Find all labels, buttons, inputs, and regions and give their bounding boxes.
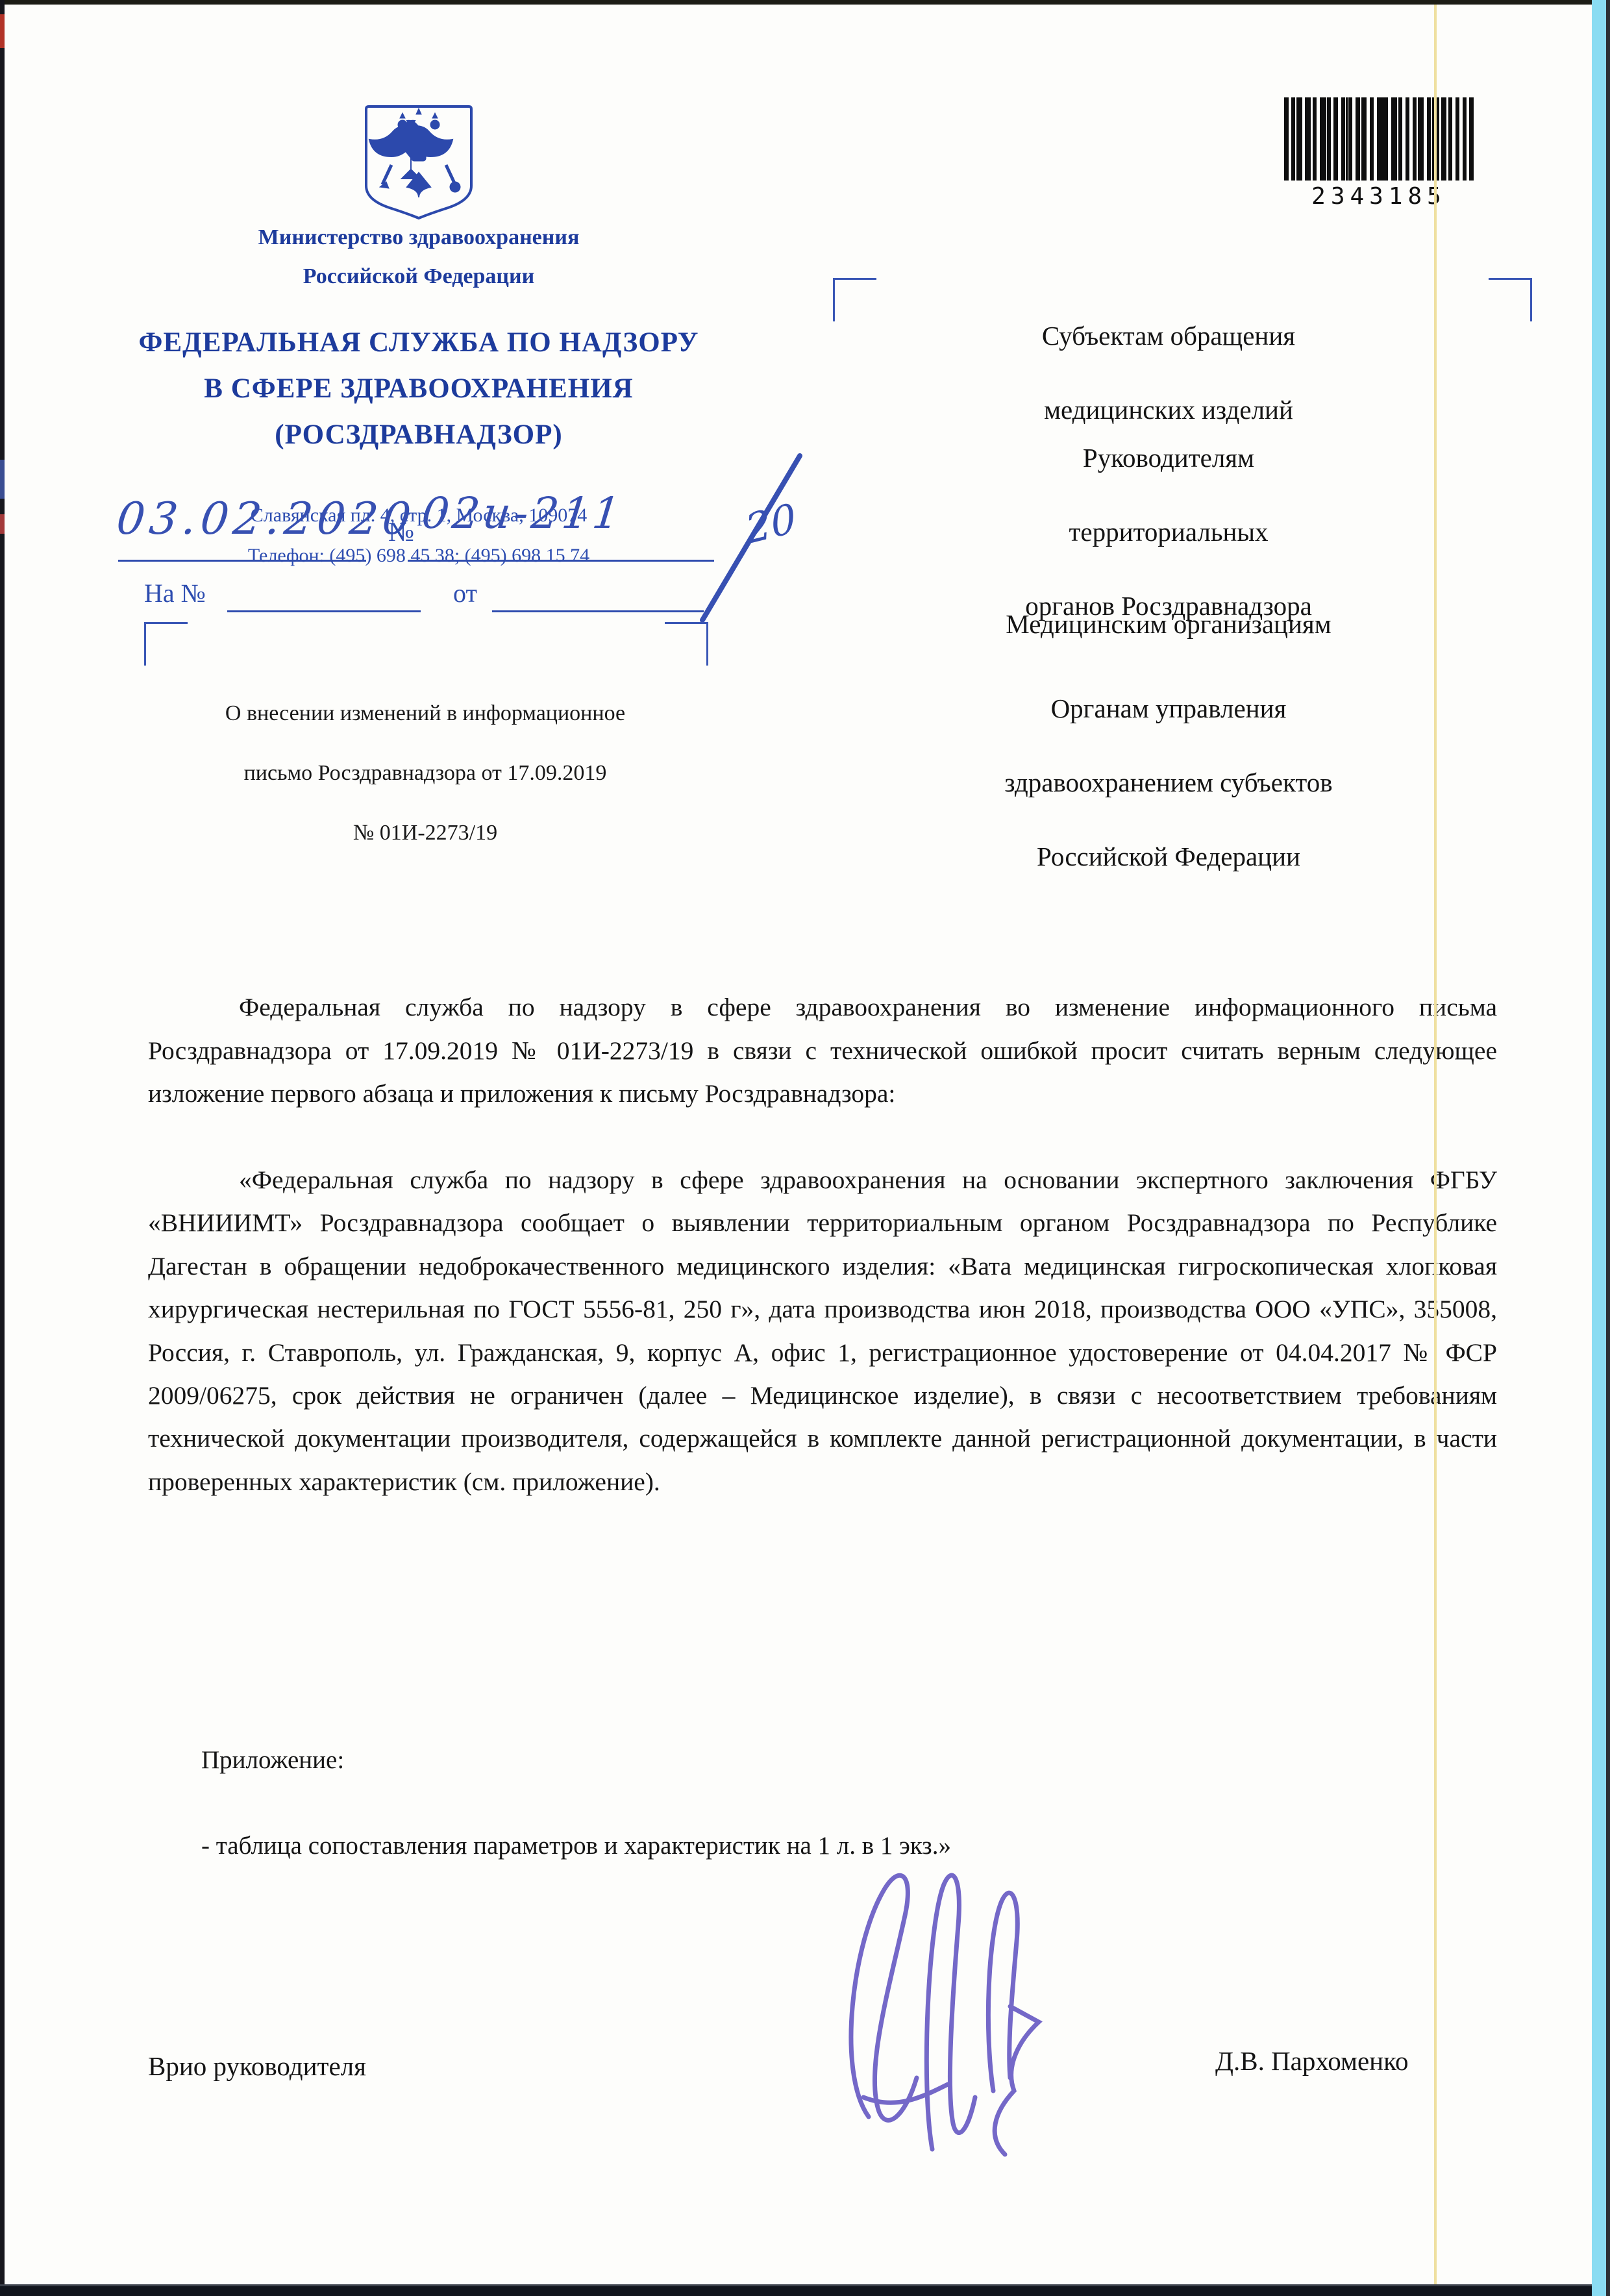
- scanned-letter-page: Министерство здравоохранения Российской …: [0, 0, 1610, 2296]
- subject-corner-mark-left: [144, 622, 188, 666]
- addressee-line: Руководителям: [844, 440, 1493, 477]
- signer-name: Д.В. Пархоменко: [1215, 2045, 1408, 2077]
- addressee-corner-mark-right: [1489, 278, 1532, 321]
- scan-edge-bottom: [0, 2284, 1610, 2296]
- subject-line3: № 01И-2273/19: [153, 818, 698, 848]
- attachment-label: Приложение:: [201, 1739, 1370, 1782]
- reply-number-blank-line: [227, 610, 421, 612]
- ministry-name-line1: Министерство здравоохранения: [97, 224, 740, 251]
- scan-edge-right: [1592, 0, 1606, 2296]
- addressee-line: Медицинским организациям: [844, 606, 1493, 643]
- barcode: [1284, 97, 1474, 181]
- addressee-line: здравоохранением субъектов: [844, 764, 1493, 801]
- subject-line1: О внесении изменений в информационное: [153, 699, 698, 729]
- body-paragraph-1: Федеральная служба по надзору в сфере зд…: [148, 986, 1497, 1115]
- addressee-line: Российской Федерации: [844, 838, 1493, 875]
- scan-fleck: [0, 514, 5, 534]
- scan-fleck: [0, 14, 5, 48]
- addressee-line: Органам управления: [844, 690, 1493, 727]
- body-paragraph-2: «Федеральная служба по надзору в сфере з…: [148, 1158, 1497, 1503]
- handwritten-signature: [824, 1812, 1058, 2182]
- date-underline: [118, 560, 366, 562]
- attachment-item: - таблица сопоставления параметров и хар…: [201, 1825, 1370, 1867]
- signer-position: Врио руководителя: [148, 2051, 366, 2082]
- addressee-health-authorities: Органам управления здравоохранением субъ…: [844, 653, 1493, 912]
- attachment-block: Приложение: - таблица сопоставления пара…: [201, 1696, 1370, 1910]
- service-name-line2: В СФЕРЕ ЗДРАВООХРАНЕНИЯ: [97, 371, 740, 406]
- service-name-line3: (РОСЗДРАВНАДЗОР): [97, 418, 740, 452]
- service-name-line1: ФЕДЕРАЛЬНАЯ СЛУЖБА ПО НАДЗОРУ: [97, 325, 740, 360]
- handwritten-outgoing-number: 02и-211: [419, 488, 626, 538]
- reply-to-number-label: На №: [144, 578, 206, 608]
- letter-body: Федеральная служба по надзору в сфере зд…: [148, 943, 1497, 1547]
- barcode-number: 2343185: [1284, 183, 1474, 210]
- number-sign-label: №: [388, 517, 414, 548]
- ministry-name-line2: Российской Федерации: [97, 263, 740, 290]
- number-underline: [408, 560, 714, 562]
- subject-corner-mark-right: [665, 622, 708, 666]
- handwritten-date: 03.02.2020: [114, 493, 418, 545]
- scan-edge-right-dark: [1606, 0, 1610, 2296]
- scan-edge-left: [0, 0, 5, 2296]
- reply-date-blank-line: [492, 610, 704, 612]
- subject-line2: письмо Росздравнадзора от 17.09.2019: [153, 758, 698, 788]
- addressee-line: территориальных: [844, 514, 1493, 551]
- scan-edge-top: [0, 0, 1610, 5]
- subject-block: О внесении изменений в информационное пи…: [153, 669, 698, 878]
- phone-numbers: Телефон: (495) 698 45 38; (495) 698 15 7…: [97, 542, 740, 570]
- scan-yellow-line: [1434, 0, 1437, 2296]
- addressee-line: Субъектам обращения: [844, 318, 1493, 355]
- scan-fleck: [0, 460, 5, 499]
- reply-from-date-label: от: [453, 578, 477, 608]
- coat-of-arms-emblem: [362, 103, 475, 221]
